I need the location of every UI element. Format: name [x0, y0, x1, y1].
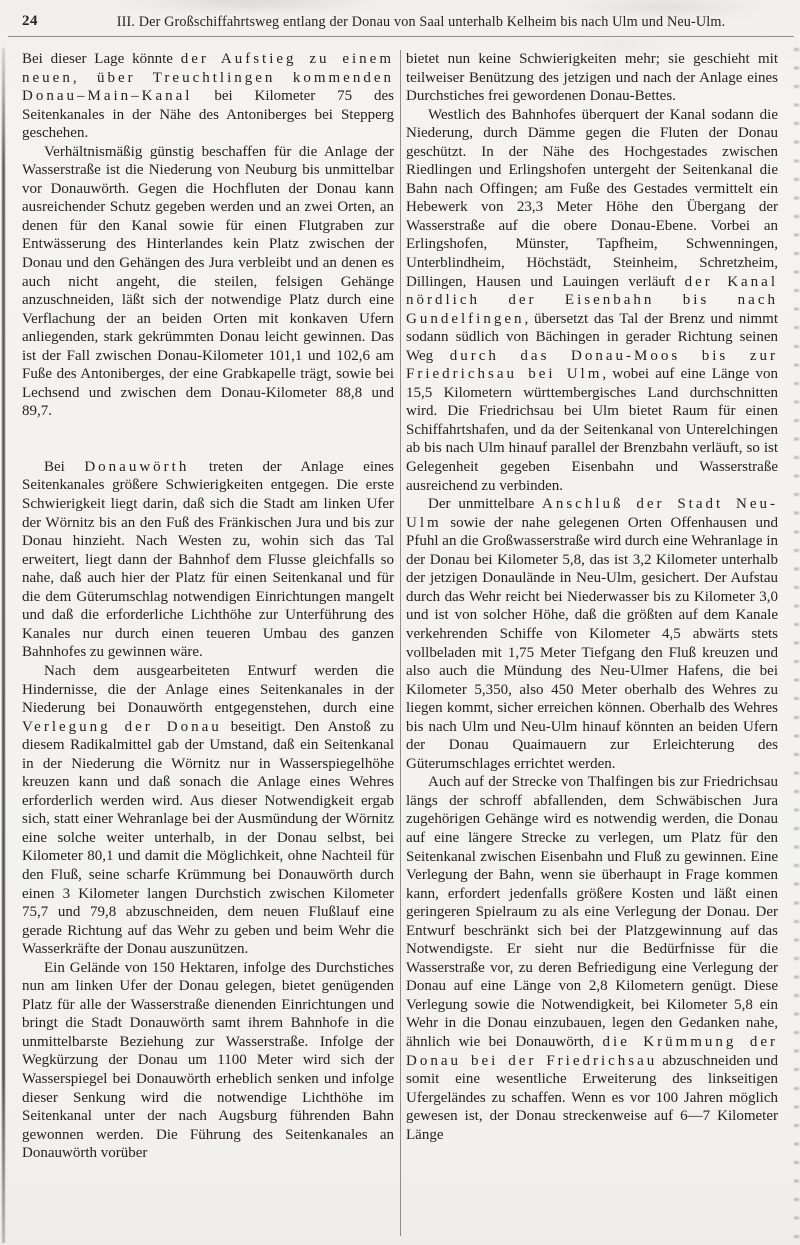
scan-left-edge-line: [2, 48, 5, 1243]
text-segment: Nach dem ausgearbeiteten Entwurf werden …: [22, 663, 394, 716]
page-header: 24 III. Der Großschiffahrtsweg entlang d…: [0, 13, 800, 35]
paragraph: Westlich des Bahnhofes überquert der Kan…: [406, 106, 778, 495]
paragraph: Ein Gelände von 150 Hektaren, infolge de…: [22, 959, 394, 1163]
letterspaced-text-segment: Donauwörth: [84, 459, 189, 475]
header-rule: [8, 36, 794, 37]
text-segment: Bei dieser Lage könnte: [22, 51, 181, 67]
text-segment: beseitigt. Den Anstoß zu diesem Radikalm…: [22, 719, 394, 958]
text-segment: bietet nun keine Schwierigkeiten mehr; s…: [406, 51, 778, 104]
right-column: bietet nun keine Schwierigkeiten mehr; s…: [406, 50, 778, 1242]
text-segment: sowie der nahe gelegenen Orten Offenhaus…: [406, 515, 778, 772]
paragraph: Der unmittelbare Anschluß der Stadt Neu-…: [406, 495, 778, 773]
scan-right-edge-marks: [794, 48, 799, 1239]
scan-smudge: [560, 40, 680, 50]
text-segment: , wobei auf eine Länge von 15,5 Kilomete…: [406, 366, 778, 493]
left-column: Bei dieser Lage könnte der Aufstieg zu e…: [22, 50, 394, 1242]
scan-smudge: [120, 0, 380, 10]
paragraph: Verhältnismäßig günstig beschaffen für d…: [22, 143, 394, 421]
text-segment: treten der Anlage eines Seitenkanales gr…: [22, 459, 394, 660]
paragraph: Nach dem ausgearbeiteten Entwurf werden …: [22, 662, 394, 959]
paragraph: Bei dieser Lage könnte der Aufstieg zu e…: [22, 50, 394, 143]
text-segment: Verhältnismäßig günstig beschaffen für d…: [22, 144, 394, 420]
text-segment: Westlich des Bahnhofes überquert der Kan…: [406, 107, 778, 290]
column-divider: [400, 50, 401, 1236]
running-title: III. Der Großschiffahrtsweg entlang der …: [70, 14, 772, 31]
text-segment: Ein Gelände von 150 Hektaren, infolge de…: [22, 960, 394, 1161]
scan-smudge: [564, 0, 764, 14]
paragraph: Bei Donauwörth treten der Anlage eines S…: [22, 458, 394, 662]
paragraph: bietet nun keine Schwierigkeiten mehr; s…: [406, 50, 778, 106]
text-segment: Bei: [44, 459, 84, 475]
book-page: 24 III. Der Großschiffahrtsweg entlang d…: [0, 0, 800, 1245]
page-number: 24: [22, 13, 38, 30]
paragraph: Auch auf der Strecke von Thalfingen bis …: [406, 773, 778, 1144]
text-columns: Bei dieser Lage könnte der Aufstieg zu e…: [22, 50, 780, 1242]
text-segment: Der unmittelbare: [428, 496, 542, 512]
text-segment: Auch auf der Strecke von Thalfingen bis …: [406, 774, 778, 1050]
letterspaced-text-segment: Verlegung der Donau: [22, 719, 222, 735]
